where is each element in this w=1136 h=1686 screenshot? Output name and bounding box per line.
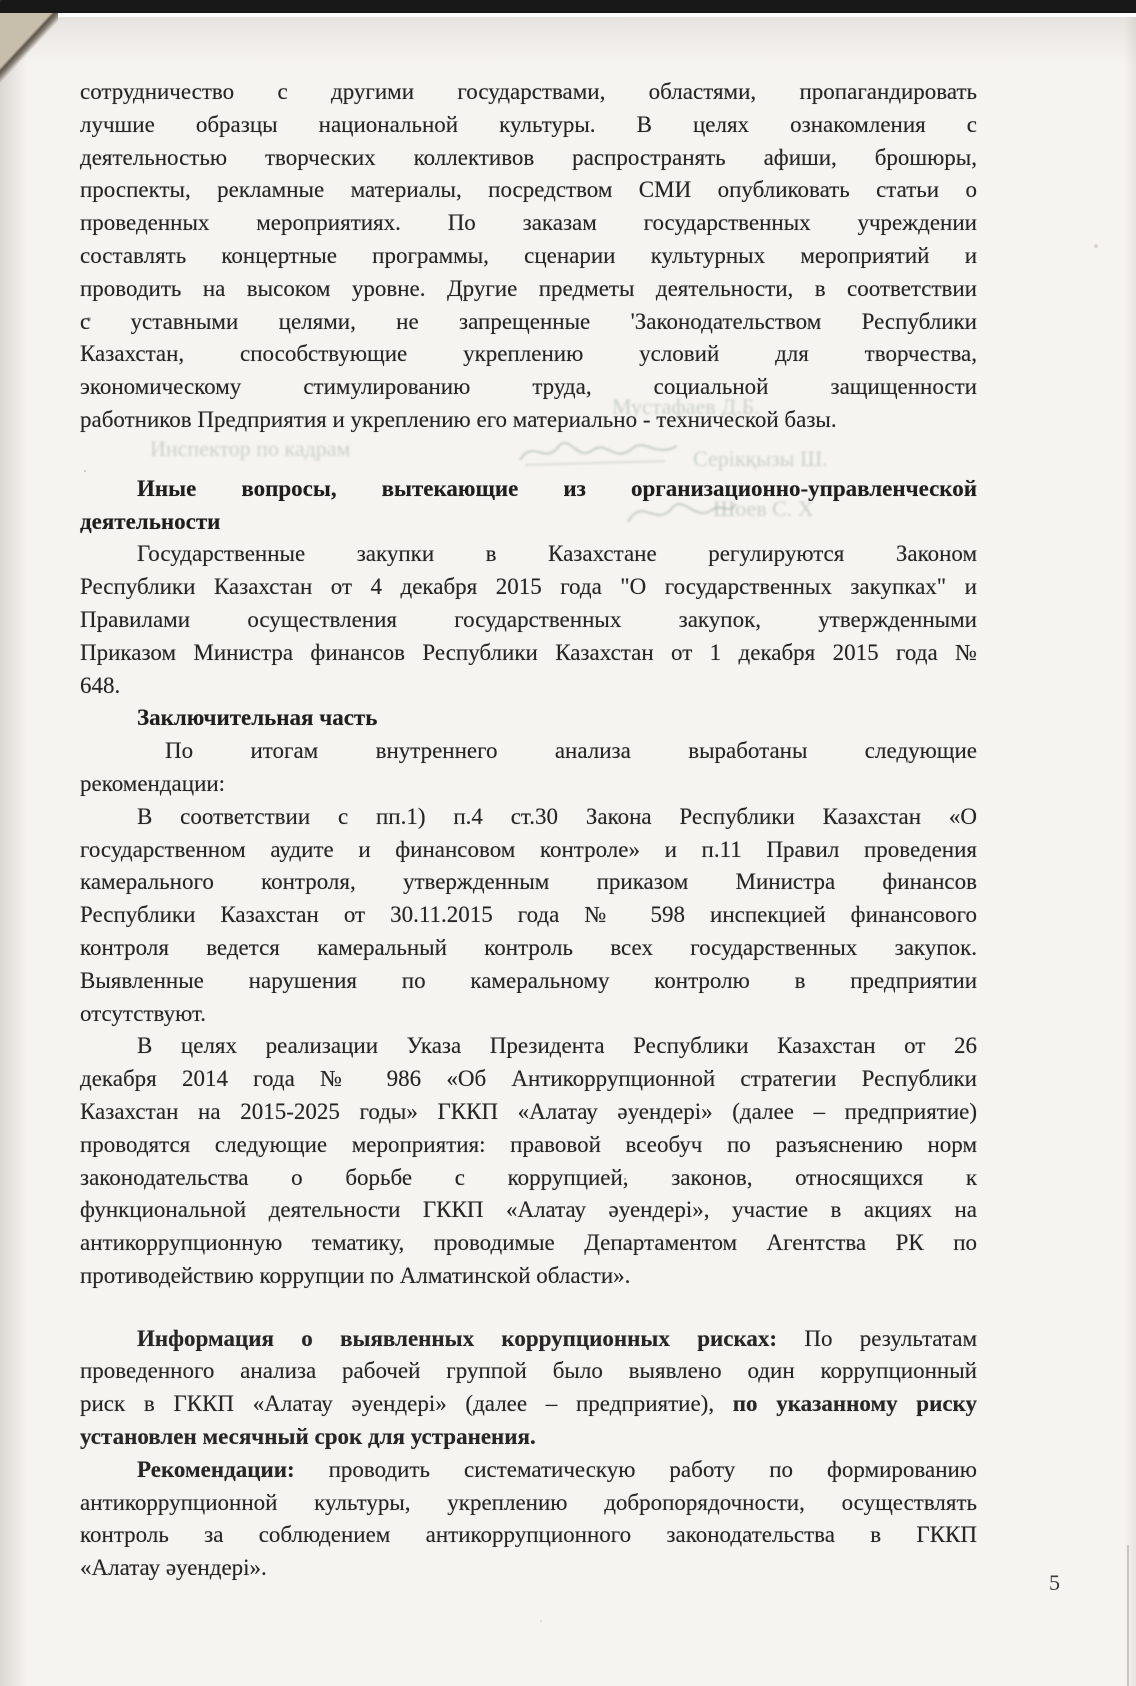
text-run: проведенного анализа рабочей группой был…	[80, 1358, 977, 1383]
text-line: деятельностью творческих коллективов рас…	[80, 142, 977, 175]
text-run: деятельностью творческих коллективов рас…	[80, 145, 977, 170]
text-line: Выявленные нарушения по камеральному кон…	[80, 965, 977, 998]
text-run: Казахстан, способствующие укреплению усл…	[80, 341, 977, 366]
text-line: Государственные закупки в Казахстане рег…	[80, 538, 977, 571]
text-line: установлен месячный срок для устранения.	[80, 1421, 977, 1454]
scan-shadow-right	[1124, 17, 1136, 1686]
text-line: Информация о выявленных коррупционных ри…	[80, 1323, 977, 1356]
text-line: Республики Казахстан от 4 декабря 2015 г…	[80, 571, 977, 604]
document-text: сотрудничество с другими государствами, …	[80, 76, 977, 1585]
text-run: контроль за соблюдением антикоррупционно…	[80, 1522, 977, 1547]
text-run: Правилами осуществления государственных …	[80, 607, 977, 632]
text-line: экономическому стимулированию труда, соц…	[80, 371, 977, 404]
ghost-text: Мустафаев Д.Б.	[612, 394, 760, 420]
text-line: В целях реализации Указа Президента Респ…	[80, 1030, 977, 1063]
text-line: В соответствии с пп.1) п.4 ст.30 Закона …	[80, 801, 977, 834]
document-heading: Иные вопросы, вытекающие из организацион…	[80, 473, 977, 539]
text-run: Рекомендации:	[137, 1457, 295, 1482]
text-line: «Алатау әуендері».	[80, 1552, 977, 1585]
text-line: лучшие образцы национальной культуры. В …	[80, 109, 977, 142]
text-line: декабря 2014 года № 986 «Об Антикоррупци…	[80, 1063, 977, 1096]
text-line: проведенного анализа рабочей группой был…	[80, 1355, 977, 1388]
text-line: Казахстан на 2015-2025 годы» ГККП «Алата…	[80, 1096, 977, 1129]
text-run: Республики Казахстан от 30.11.2015 года …	[80, 902, 977, 927]
text-run: «Алатау әуендері».	[80, 1555, 267, 1580]
document-heading: Заключительная часть	[80, 702, 977, 735]
text-run: Иные вопросы, вытекающие из организацион…	[137, 476, 977, 501]
text-line: Иные вопросы, вытекающие из организацион…	[80, 473, 977, 506]
document-paragraph: Информация о выявленных коррупционных ри…	[80, 1323, 977, 1454]
text-run: установлен месячный срок для устранения.	[80, 1424, 536, 1449]
text-run: камерального контроля, утвержденным прик…	[80, 869, 977, 894]
text-line: 648.	[80, 670, 977, 703]
text-run: лучшие образцы национальной культуры. В …	[80, 112, 977, 137]
text-line: Приказом Министра финансов Республики Ка…	[80, 637, 977, 670]
page-edge-line	[1127, 1545, 1129, 1686]
text-run: функциональной деятельности ГККП «Алатау…	[80, 1197, 977, 1222]
document-paragraph: сотрудничество с другими государствами, …	[80, 76, 977, 437]
text-run: Заключительная часть	[137, 705, 377, 730]
text-line: законодательства о борьбе с коррупцией, …	[80, 1162, 977, 1195]
text-line: Республики Казахстан от 30.11.2015 года …	[80, 899, 977, 932]
text-line: Рекомендации: проводить систематическую …	[80, 1454, 977, 1487]
text-run: проводить систематическую работу по форм…	[295, 1457, 977, 1482]
text-line: антикоррупционную тематику, проводимые Д…	[80, 1227, 977, 1260]
text-line: противодействию коррупции по Алматинской…	[80, 1260, 977, 1293]
text-run: По результатам	[777, 1326, 977, 1351]
text-line: проспекты, рекламные материалы, посредст…	[80, 174, 977, 207]
text-run: с уставными целями, не запрещенные 'Зако…	[80, 309, 977, 334]
text-run: Государственные закупки в Казахстане рег…	[137, 541, 977, 566]
text-line: рекомендации:	[80, 768, 977, 801]
text-line: проведенных мероприятиях. По заказам гос…	[80, 207, 977, 240]
text-run: проводятся следующие мероприятия: правов…	[80, 1132, 977, 1157]
text-run: В целях реализации Указа Президента Респ…	[137, 1033, 977, 1058]
text-line: антикоррупционной культуры, укреплению д…	[80, 1487, 977, 1520]
text-run: проведенных мероприятиях. По заказам гос…	[80, 210, 977, 235]
text-line: контроль за соблюдением антикоррупционно…	[80, 1519, 977, 1552]
text-run: Информация о выявленных коррупционных ри…	[137, 1326, 777, 1351]
text-line: функциональной деятельности ГККП «Алатау…	[80, 1194, 977, 1227]
text-run: В соответствии с пп.1) п.4 ст.30 Закона …	[137, 804, 977, 829]
text-line: По итогам внутреннего анализа выработаны…	[80, 735, 977, 768]
text-run: отсутствуют.	[80, 1001, 206, 1026]
text-run: 648.	[80, 673, 120, 698]
page-number: 5	[1000, 1570, 1060, 1596]
text-line: проводятся следующие мероприятия: правов…	[80, 1129, 977, 1162]
text-run: По итогам внутреннего анализа выработаны…	[165, 738, 977, 763]
text-run: составлять концертные программы, сценари…	[80, 243, 977, 268]
document-paragraph: Рекомендации: проводить систематическую …	[80, 1454, 977, 1585]
scanner-top-bar	[0, 0, 1136, 13]
text-run: проводить на высоком уровне. Другие пред…	[80, 276, 977, 301]
ghost-text: Серікқызы Ш.	[693, 446, 828, 472]
text-line: камерального контроля, утвержденным прик…	[80, 866, 977, 899]
text-line: Правилами осуществления государственных …	[80, 604, 977, 637]
text-run: экономическому стимулированию труда, соц…	[80, 374, 977, 399]
text-line: контроля ведется камеральный контроль вс…	[80, 932, 977, 965]
text-run: по указанному риску	[733, 1391, 977, 1416]
text-run: риск в ГККП «Алатау әуендері» (далее – п…	[80, 1391, 733, 1416]
text-run: Приказом Министра финансов Республики Ка…	[80, 640, 977, 665]
ghost-text: Инспектор по кадрам	[150, 436, 350, 462]
document-paragraph: По итогам внутреннего анализа выработаны…	[80, 735, 977, 801]
scan-shadow-top	[0, 17, 1136, 65]
text-line: сотрудничество с другими государствами, …	[80, 76, 977, 109]
document-paragraph: Государственные закупки в Казахстане рег…	[80, 538, 977, 702]
text-line: отсутствуют.	[80, 998, 977, 1031]
text-line: Заключительная часть	[80, 702, 977, 735]
text-line: составлять концертные программы, сценари…	[80, 240, 977, 273]
text-run: сотрудничество с другими государствами, …	[80, 79, 977, 104]
page-corner-fold	[0, 13, 58, 87]
text-line: Казахстан, способствующие укреплению усл…	[80, 338, 977, 371]
text-run: контроля ведется камеральный контроль вс…	[80, 935, 977, 960]
text-line: проводить на высоком уровне. Другие пред…	[80, 273, 977, 306]
text-line: риск в ГККП «Алатау әуендері» (далее – п…	[80, 1388, 977, 1421]
text-run: Казахстан на 2015-2025 годы» ГККП «Алата…	[80, 1099, 977, 1124]
text-run: рекомендации:	[80, 771, 225, 796]
text-run: декабря 2014 года № 986 «Об Антикоррупци…	[80, 1066, 977, 1091]
ghost-text: Шоев С. Х	[713, 496, 814, 522]
text-line: государственном аудите и финансовом конт…	[80, 834, 977, 867]
text-run: Республики Казахстан от 4 декабря 2015 г…	[80, 574, 977, 599]
text-line: деятельности	[80, 506, 977, 539]
text-run: государственном аудите и финансовом конт…	[80, 837, 977, 862]
text-run: противодействию коррупции по Алматинской…	[80, 1263, 630, 1288]
text-line: работников Предприятия и укреплению его …	[80, 404, 977, 437]
text-run: проспекты, рекламные материалы, посредст…	[80, 177, 977, 202]
text-line: с уставными целями, не запрещенные 'Зако…	[80, 306, 977, 339]
document-paragraph: В целях реализации Указа Президента Респ…	[80, 1030, 977, 1292]
scan-speckles	[0, 0, 2, 2]
document-paragraph: В соответствии с пп.1) п.4 ст.30 Закона …	[80, 801, 977, 1031]
text-run: законодательства о борьбе с коррупцией, …	[80, 1165, 977, 1190]
text-run: деятельности	[80, 509, 220, 534]
text-run: Выявленные нарушения по камеральному кон…	[80, 968, 977, 993]
scan-shadow-left	[0, 17, 28, 1686]
text-run: антикоррупционной культуры, укреплению д…	[80, 1490, 977, 1515]
text-run: антикоррупционную тематику, проводимые Д…	[80, 1230, 977, 1255]
